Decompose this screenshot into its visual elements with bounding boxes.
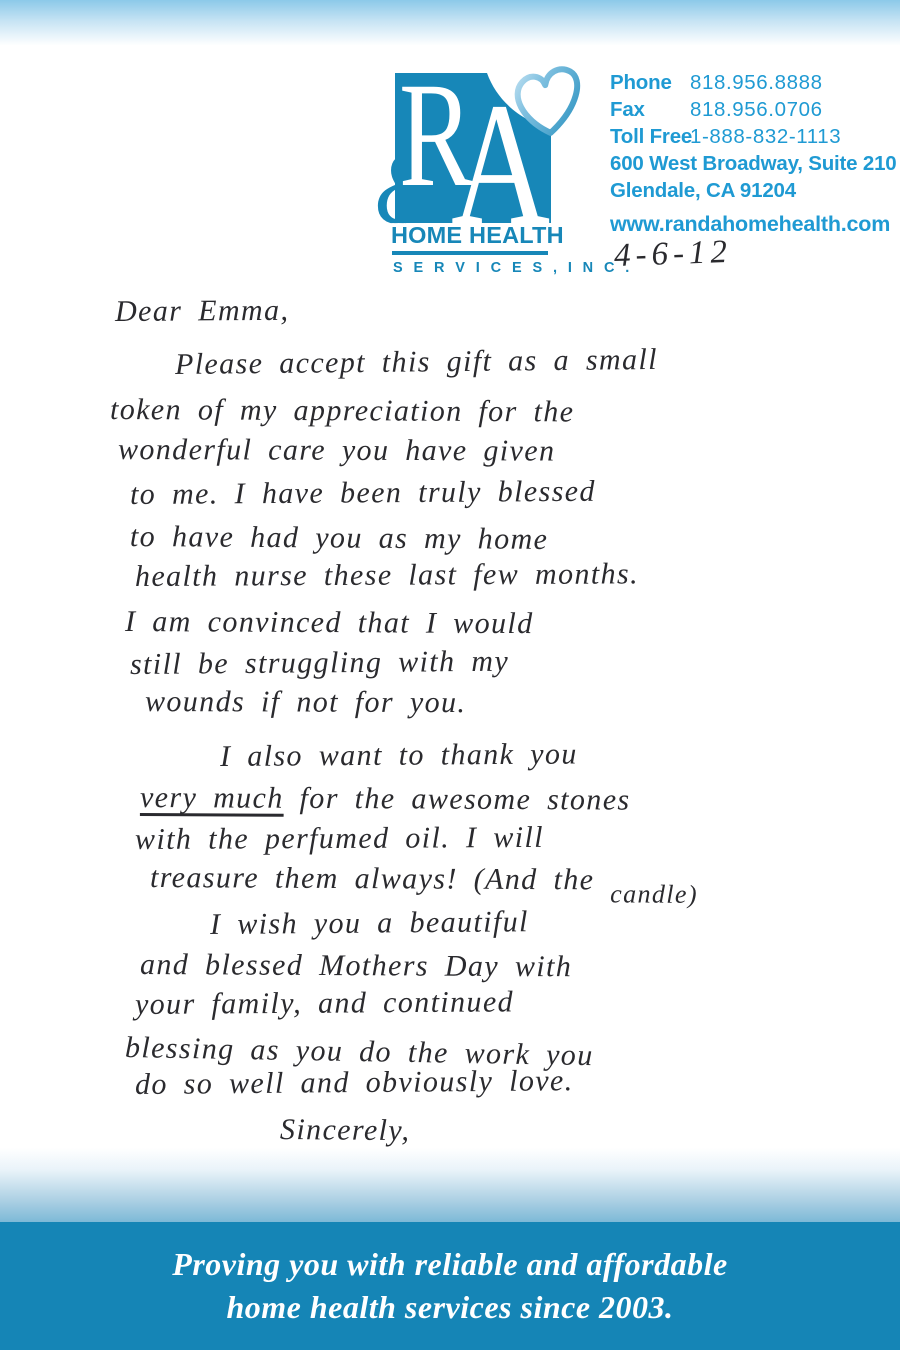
letter-body: Dear Emma, Please accept this gift as a … xyxy=(110,285,820,1150)
line-rest: for the awesome stones xyxy=(300,782,631,817)
fax-number: 818.956.0706 xyxy=(690,96,823,123)
handwritten-line: your family, and continued xyxy=(135,980,820,1025)
phone-number: 818.956.8888 xyxy=(690,69,823,96)
handwritten-line: with the perfumed oil. I will xyxy=(135,816,820,860)
handwritten-line: I wish you a beautiful xyxy=(210,900,820,945)
footer-tagline-line1: Proving you with reliable and affordable xyxy=(172,1245,727,1284)
contact-row-phone: Phone 818.956.8888 xyxy=(610,69,896,96)
contact-row-fax: Fax 818.956.0706 xyxy=(610,96,896,123)
handwritten-line: Please accept this gift as a small xyxy=(175,338,820,385)
handwritten-line: do so well and obviously love. xyxy=(135,1059,820,1105)
address-line2: Glendale, CA 91204 xyxy=(610,177,896,204)
line-pre: treasure them always! (And the xyxy=(150,861,595,896)
handwritten-line: Dear Emma, xyxy=(115,287,820,332)
letter-page: & & R A HOME HEALTH S E R V I C E S , I … xyxy=(0,0,900,1350)
address-line1: 600 West Broadway, Suite 210 xyxy=(610,150,896,177)
handwritten-line: token of my appreciation for the xyxy=(110,390,820,434)
contact-block: Phone 818.956.8888 Fax 818.956.0706 Toll… xyxy=(610,69,896,204)
handwritten-line: still be struggling with my xyxy=(130,639,820,685)
fax-label: Fax xyxy=(610,96,690,123)
handwritten-line: wounds if not for you. xyxy=(145,682,820,724)
footer-tagline-line2: home health services since 2003. xyxy=(226,1288,673,1327)
tollfree-label: Toll Free xyxy=(610,123,690,150)
footer-bar: Proving you with reliable and affordable… xyxy=(0,1222,900,1350)
tollfree-number: 1-888-832-1113 xyxy=(690,123,841,150)
logo-wordmark-services: S E R V I C E S , I N C . xyxy=(391,260,556,276)
handwritten-line: health nurse these last few months. xyxy=(135,553,820,597)
handwritten-date: 4-6-12 xyxy=(613,234,732,275)
underlined-words: very much xyxy=(140,781,284,815)
footer-gradient-strip xyxy=(0,1148,900,1222)
logo-divider-rule xyxy=(392,251,548,255)
top-gradient-strip xyxy=(0,0,900,48)
contact-row-tollfree: Toll Free 1-888-832-1113 xyxy=(610,123,896,150)
ra-logo: & & R A xyxy=(361,63,605,235)
phone-label: Phone xyxy=(610,69,690,96)
handwritten-line: very much for the awesome stones xyxy=(140,778,820,822)
handwritten-line: I also want to thank you xyxy=(220,733,820,777)
website-url: www.randahomehealth.com xyxy=(610,212,890,237)
logo-wordmark-home-health: HOME HEALTH xyxy=(391,222,549,249)
handwritten-line: to me. I have been truly blessed xyxy=(130,470,820,515)
handwritten-line: treasure them always! (And the candle) xyxy=(150,858,820,902)
handwritten-line: wonderful care you have given xyxy=(118,430,820,472)
